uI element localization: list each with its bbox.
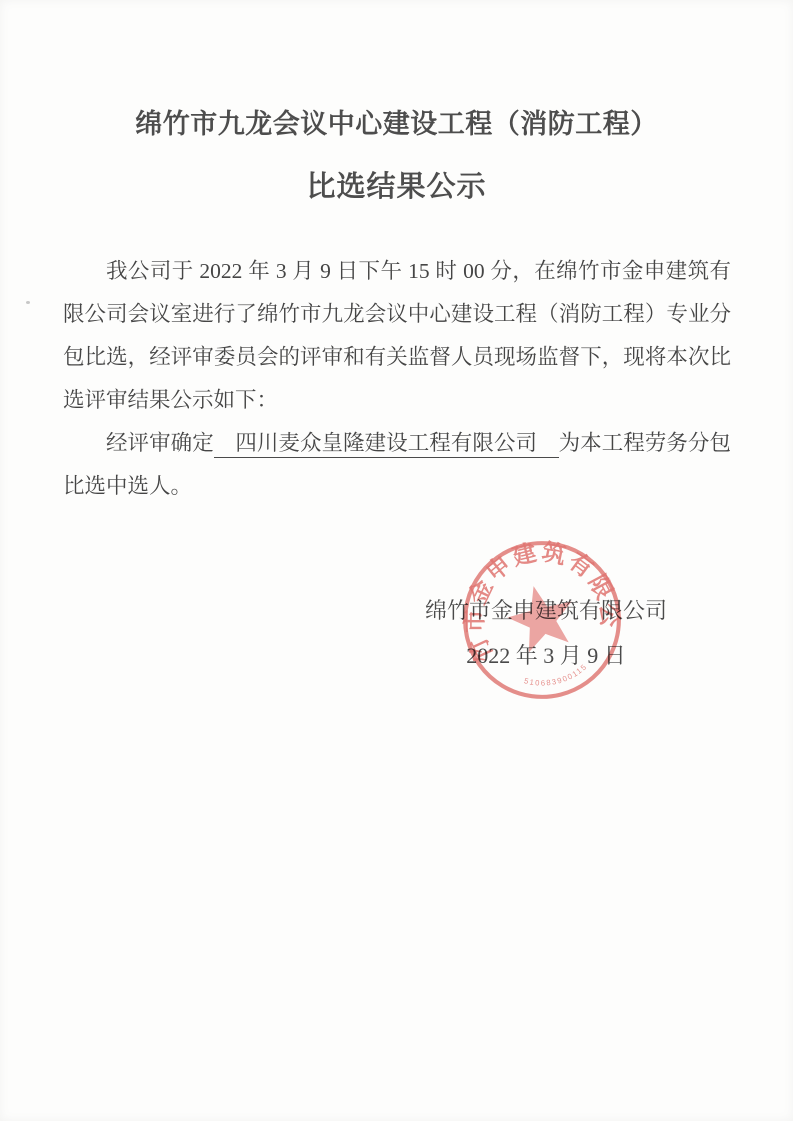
document-body: 我公司于 2022 年 3 月 9 日下午 15 时 00 分，在绵竹市金申建筑… [63, 250, 731, 508]
scan-artifact-dot [26, 301, 30, 304]
scanned-document-page: 绵竹市九龙会议中心建设工程（消防工程） 比选结果公示 我公司于 2022 年 3… [0, 0, 793, 1121]
signature-company: 绵竹市金申建筑有限公司 [425, 588, 667, 633]
result-prefix: 经评审确定 [106, 431, 214, 455]
document-subtitle: 比选结果公示 [0, 168, 793, 206]
paragraph-result: 经评审确定 四川麦众皇隆建设工程有限公司 为本工程劳务分包比选中选人。 [63, 422, 731, 508]
signature-date: 2022 年 3 月 9 日 [425, 633, 667, 678]
paragraph-announcement: 我公司于 2022 年 3 月 9 日下午 15 时 00 分，在绵竹市金申建筑… [63, 250, 731, 422]
document-title: 绵竹市九龙会议中心建设工程（消防工程） [0, 0, 793, 142]
winning-company-name: 四川麦众皇隆建设工程有限公司 [214, 431, 559, 458]
signature-block: 绵竹市金申建筑有限公司 2022 年 3 月 9 日 [425, 588, 667, 678]
